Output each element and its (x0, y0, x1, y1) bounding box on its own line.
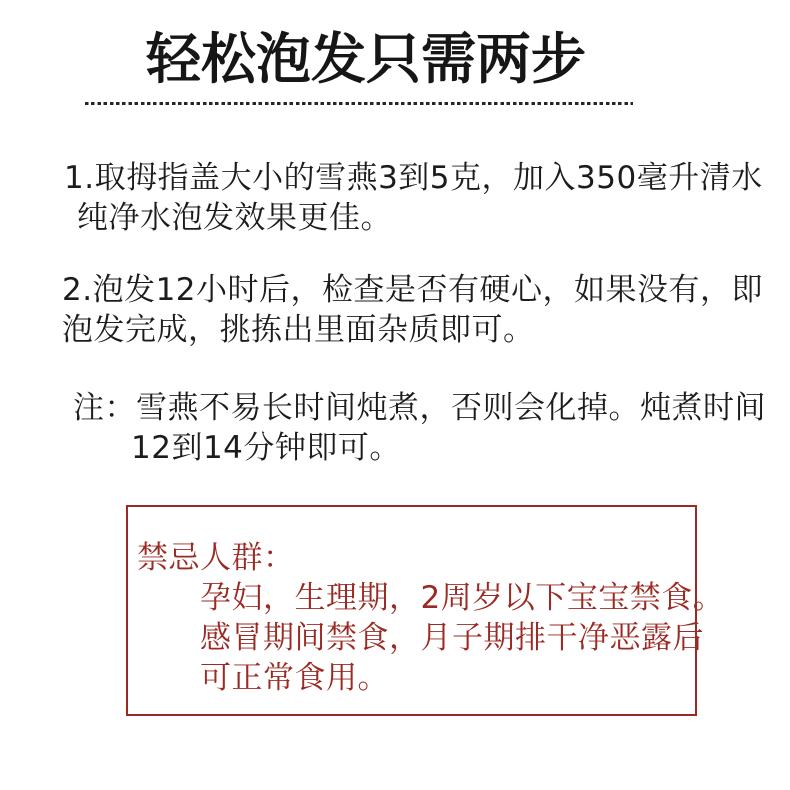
step-2-line-1: 2.泡发12小时后，检查是否有硬心，如果没有，即 (62, 270, 790, 310)
warning-box: 禁忌人群： 孕妇，生理期，2周岁以下宝宝禁食。 感冒期间禁食，月子期排干净恶露后… (126, 505, 697, 716)
cooking-note: 注：雪燕不易长时间炖煮，否则会化掉。炖煮时间 12到14分钟即可。 (73, 388, 790, 468)
step-1-line-1: 1.取拇指盖大小的雪燕3到5克，加入350毫升清水 (64, 158, 790, 198)
warning-line-1: 孕妇，生理期，2周岁以下宝宝禁食。 (137, 578, 695, 618)
step-2-line-2: 泡发完成，挑拣出里面杂质即可。 (62, 310, 790, 350)
dashed-divider (85, 102, 633, 105)
page-title: 轻松泡发只需两步 (0, 0, 790, 88)
step-1-line-2: 纯净水泡发效果更佳。 (64, 198, 790, 238)
note-line-2: 12到14分钟即可。 (73, 428, 790, 468)
instruction-page: 轻松泡发只需两步 1.取拇指盖大小的雪燕3到5克，加入350毫升清水 纯净水泡发… (0, 0, 790, 790)
note-line-1: 注：雪燕不易长时间炖煮，否则会化掉。炖煮时间 (73, 388, 790, 428)
warning-line-3: 可正常食用。 (137, 658, 695, 698)
warning-heading: 禁忌人群： (137, 538, 695, 578)
step-1: 1.取拇指盖大小的雪燕3到5克，加入350毫升清水 纯净水泡发效果更佳。 (64, 158, 790, 238)
step-2: 2.泡发12小时后，检查是否有硬心，如果没有，即 泡发完成，挑拣出里面杂质即可。 (62, 270, 790, 350)
warning-line-2: 感冒期间禁食，月子期排干净恶露后 (137, 618, 695, 658)
